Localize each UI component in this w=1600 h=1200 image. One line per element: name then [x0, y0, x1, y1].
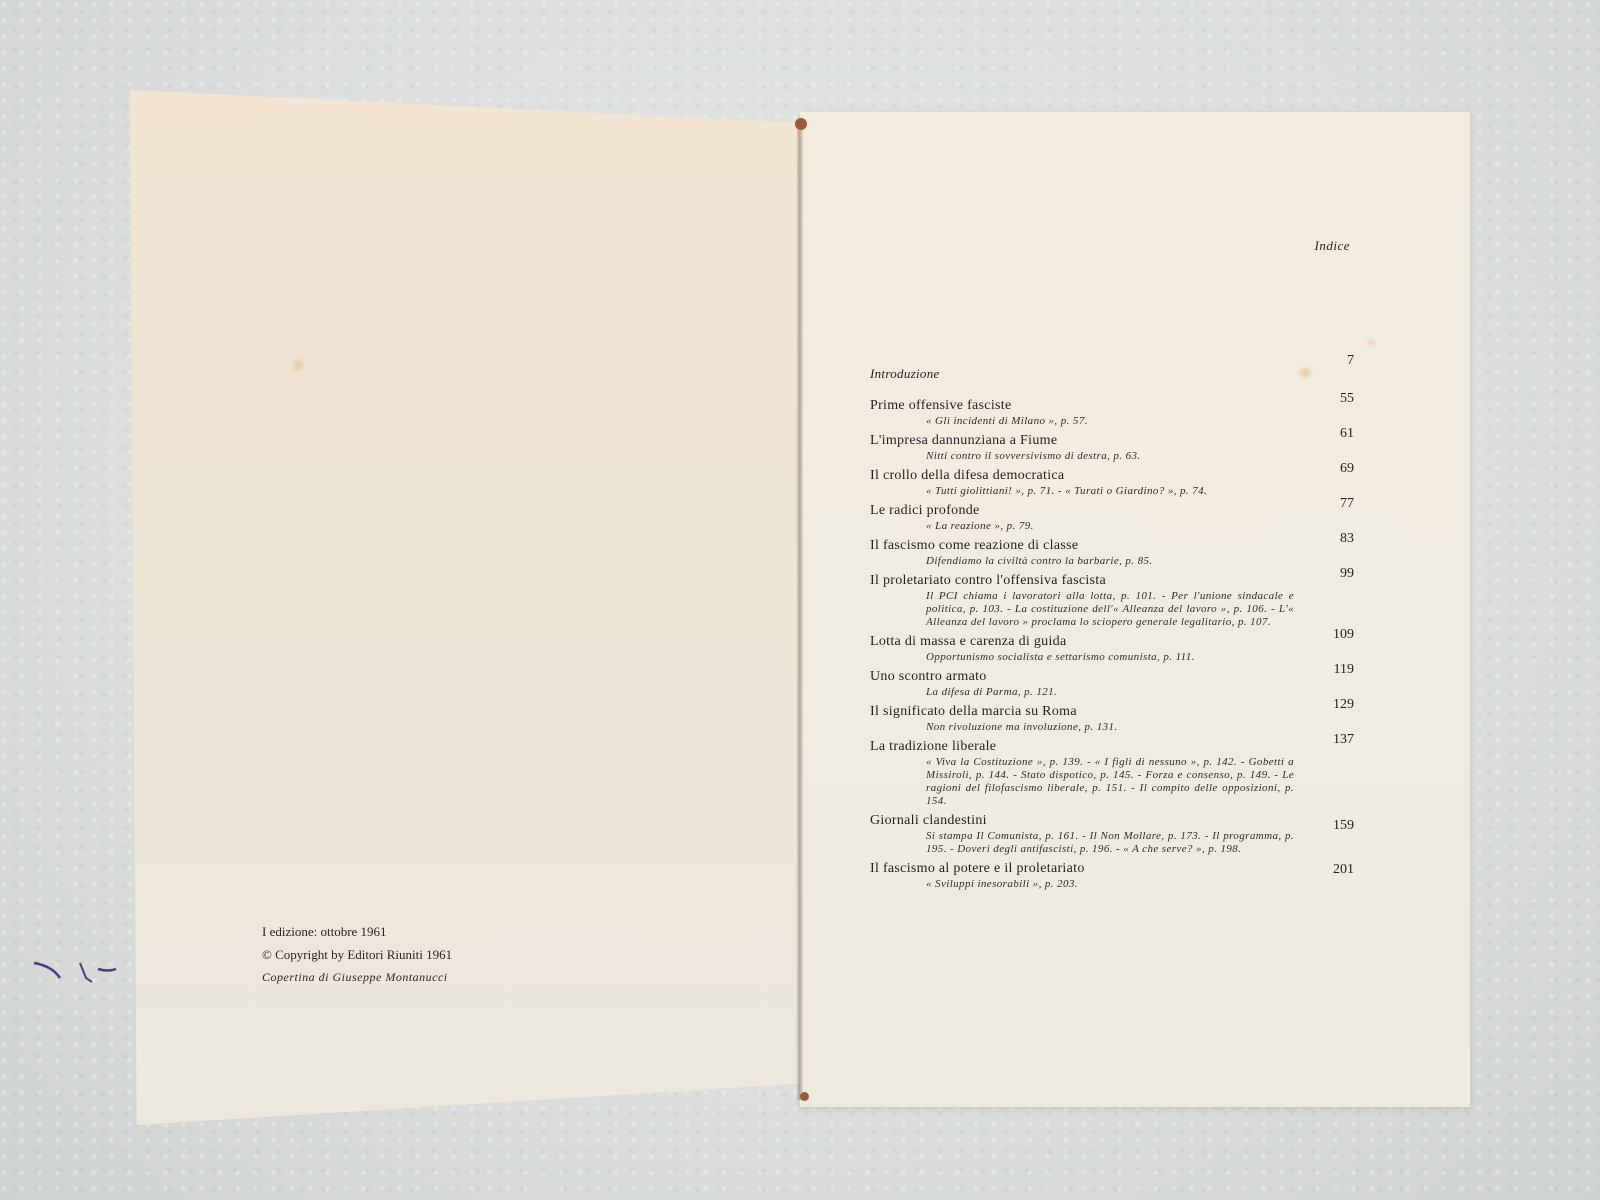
- toc-title: L'impresa dannunziana a Fiume: [870, 432, 1354, 450]
- toc-entry: Prime offensive fasciste 55 « Gli incide…: [870, 397, 1354, 428]
- toc-title: Il fascismo al potere e il proletariato: [870, 860, 1354, 878]
- toc-entry: Giornali clandestini 159 Si stampa Il Co…: [870, 812, 1354, 856]
- paper-stain: [293, 360, 303, 370]
- binding-thread-top: [795, 118, 807, 130]
- toc-page: 129: [1333, 697, 1354, 713]
- toc-page: 99: [1340, 566, 1354, 582]
- toc-title: Il crollo della difesa democratica: [870, 467, 1354, 485]
- toc-page: 7: [1347, 353, 1354, 369]
- toc-entry: La tradizione liberale 137 « Viva la Cos…: [870, 738, 1354, 808]
- toc-subentries: « Viva la Costituzione », p. 139. - « I …: [926, 756, 1294, 808]
- toc-subentries: Difendiamo la civiltà contro la barbarie…: [926, 555, 1294, 568]
- toc-page: 201: [1333, 862, 1354, 878]
- paper-stain: [1368, 340, 1374, 346]
- toc-entry: Le radici profonde 77 « La reazione », p…: [870, 502, 1354, 533]
- toc-subentries: Nitti contro il sovversivismo di destra,…: [926, 450, 1294, 463]
- toc-page: 137: [1333, 732, 1354, 748]
- toc-title: Il fascismo come reazione di classe: [870, 537, 1354, 555]
- toc-subentries: Si stampa Il Comunista, p. 161. - Il Non…: [926, 830, 1294, 856]
- toc-title: La tradizione liberale: [870, 738, 1354, 756]
- index-heading: Indice: [1315, 238, 1350, 254]
- toc-title: Il significato della marcia su Roma: [870, 703, 1354, 721]
- toc-entry: L'impresa dannunziana a Fiume 61 Nitti c…: [870, 432, 1354, 463]
- toc-entry: Il crollo della difesa democratica 69 « …: [870, 467, 1354, 498]
- toc-entry: Il proletariato contro l'offensiva fasci…: [870, 572, 1354, 629]
- toc-page: 119: [1334, 662, 1354, 678]
- toc-subentries: Opportunismo socialista e settarismo com…: [926, 651, 1294, 664]
- toc-title: Giornali clandestini: [870, 812, 1354, 830]
- toc-subentries: « La reazione », p. 79.: [926, 520, 1294, 533]
- binding-thread-bottom: [800, 1092, 809, 1101]
- toc-title: Il proletariato contro l'offensiva fasci…: [870, 572, 1354, 590]
- toc-page: 83: [1340, 531, 1354, 547]
- toc-subentries: « Sviluppi inesorabili », p. 203.: [926, 878, 1294, 891]
- toc-title: Uno scontro armato: [870, 668, 1354, 686]
- toc-page: 77: [1340, 496, 1354, 512]
- toc-entry: Introduzione 7: [870, 365, 1354, 383]
- toc-page: 61: [1340, 426, 1354, 442]
- toc-subentries: Il PCI chiama i lavoratori alla lotta, p…: [926, 590, 1294, 629]
- copyright-line: © Copyright by Editori Riuniti 1961: [262, 943, 452, 966]
- toc-entry: Il fascismo come reazione di classe 83 D…: [870, 537, 1354, 568]
- toc-title: Lotta di massa e carenza di guida: [870, 633, 1354, 651]
- toc-entry: Uno scontro armato 119 La difesa di Parm…: [870, 668, 1354, 699]
- toc-subentries: « Gli incidenti di Milano », p. 57.: [926, 415, 1294, 428]
- left-page: [130, 90, 800, 1125]
- edition-line: I edizione: ottobre 1961: [262, 920, 452, 943]
- ink-scribble-icon: [30, 960, 120, 1000]
- toc-page: 109: [1333, 627, 1354, 643]
- toc-page: 159: [1333, 818, 1354, 834]
- cover-credit: Copertina di Giuseppe Montanucci: [262, 966, 452, 989]
- toc-subentries: Non rivoluzione ma involuzione, p. 131.: [926, 721, 1294, 734]
- toc-page: 69: [1340, 461, 1354, 477]
- toc-subentries: « Tutti giolittiani! », p. 71. - « Turat…: [926, 485, 1294, 498]
- toc-title: Introduzione: [870, 365, 1354, 383]
- toc-entry: Il significato della marcia su Roma 129 …: [870, 703, 1354, 734]
- toc-title: Le radici profonde: [870, 502, 1354, 520]
- book-gutter: [797, 120, 803, 1100]
- toc-entry: Il fascismo al potere e il proletariato …: [870, 860, 1354, 891]
- toc-entry: Lotta di massa e carenza di guida 109 Op…: [870, 633, 1354, 664]
- colophon: I edizione: ottobre 1961 © Copyright by …: [262, 920, 452, 989]
- table-of-contents: Introduzione 7 Prime offensive fasciste …: [870, 365, 1354, 895]
- toc-subentries: La difesa di Parma, p. 121.: [926, 686, 1294, 699]
- toc-page: 55: [1340, 391, 1354, 407]
- toc-title: Prime offensive fasciste: [870, 397, 1354, 415]
